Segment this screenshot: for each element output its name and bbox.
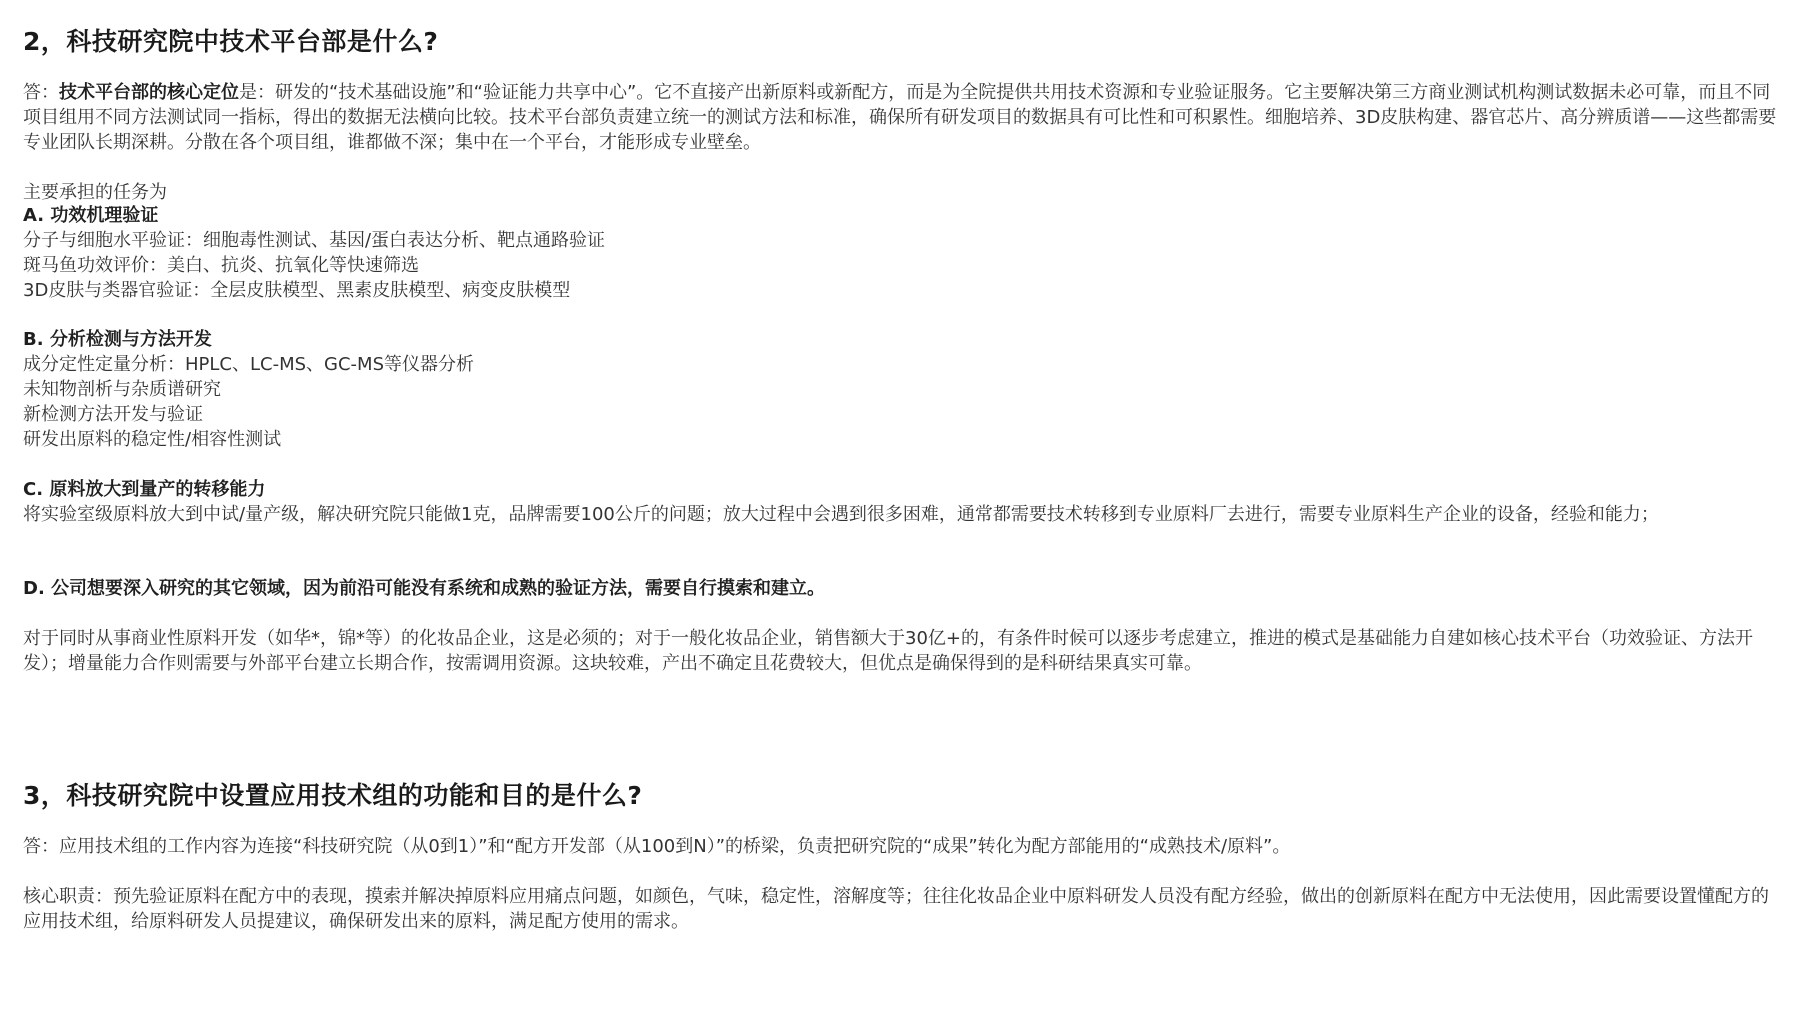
section-b-item: 新检测方法开发与验证 [23, 402, 203, 427]
section-a-item: 3D皮肤与类器官验证：全层皮肤模型、黑素皮肤模型、病变皮肤模型 [23, 278, 570, 303]
section-a-item: 斑马鱼功效评价：美白、抗炎、抗氧化等快速筛选 [23, 253, 419, 278]
q2-answer-bold: 技术平台部的核心定位 [59, 82, 239, 103]
q2-closing: 对于同时从事商业性原料开发（如华*，锦*等）的化妆品企业，这是必须的；对于一般化… [23, 626, 1778, 676]
section-b-item: 研发出原料的稳定性/相容性测试 [23, 427, 281, 452]
q2-tasks-intro: 主要承担的任务为 [23, 180, 167, 205]
section-a-item: 分子与细胞水平验证：细胞毒性测试、基因/蛋白表达分析、靶点通路验证 [23, 228, 605, 253]
q2-answer-rest: 是：研发的“技术基础设施”和“验证能力共享中心”。它不直接产出新原料或新配方，而… [23, 82, 1776, 153]
section-c-item: 将实验室级原料放大到中试/量产级，解决研究院只能做1克，品牌需要100公斤的问题… [23, 502, 1778, 527]
q3-answer: 答：应用技术组的工作内容为连接“科技研究院（从0到1）”和“配方开发部（从100… [23, 834, 1778, 859]
section-a-title: A. 功效机理验证 [23, 203, 158, 228]
q2-answer-prefix: 答： [23, 82, 59, 103]
section-b-item: 成分定性定量分析：HPLC、LC-MS、GC-MS等仪器分析 [23, 352, 474, 377]
section-b-item: 未知物剖析与杂质谱研究 [23, 377, 221, 402]
q2-heading: 2，科技研究院中技术平台部是什么? [23, 22, 438, 58]
q2-answer: 答：技术平台部的核心定位是：研发的“技术基础设施”和“验证能力共享中心”。它不直… [23, 80, 1778, 155]
section-c-title: C. 原料放大到量产的转移能力 [23, 477, 265, 502]
section-d-title: D. 公司想要深入研究的其它领域，因为前沿可能没有系统和成熟的验证方法，需要自行… [23, 576, 825, 601]
q3-duties: 核心职责：预先验证原料在配方中的表现，摸索并解决掉原料应用痛点问题，如颜色，气味… [23, 884, 1778, 934]
section-b-title: B. 分析检测与方法开发 [23, 327, 212, 352]
q3-heading: 3，科技研究院中设置应用技术组的功能和目的是什么? [23, 776, 642, 812]
